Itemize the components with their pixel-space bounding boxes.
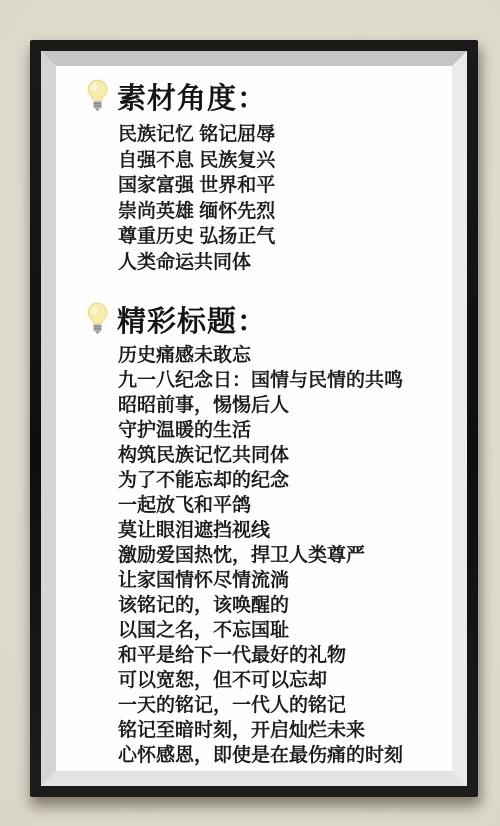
- list-item: 构筑民族记忆共同体: [118, 443, 444, 468]
- list-item: 以国之名，不忘国耻: [118, 618, 444, 643]
- list-item: 人类命运共同体: [118, 250, 444, 276]
- section-title: 精彩标题：: [117, 299, 267, 340]
- list-item: 历史痛感未敢忘: [118, 343, 444, 368]
- list-item: 激励爱国热忱，捍卫人类尊严: [118, 543, 444, 568]
- list-item: 九一八纪念日：国情与民情的共鸣: [118, 368, 444, 393]
- list-item: 崇尚英雄 缅怀先烈: [118, 199, 444, 225]
- section-title: 素材角度：: [117, 76, 267, 117]
- section-header: 精彩标题：: [85, 301, 444, 337]
- list-item: 该铭记的，该唤醒的: [118, 593, 444, 618]
- list-item: 民族记忆 铭记屈辱: [118, 122, 444, 148]
- list-item: 尊重历史 弘扬正气: [118, 224, 444, 250]
- list-item: 一天的铭记，一代人的铭记: [118, 693, 444, 718]
- lightbulb-icon: [85, 79, 110, 113]
- section-great-titles: 精彩标题： 历史痛感未敢忘九一八纪念日：国情与民情的共鸣昭昭前事，惕惕后人守护温…: [85, 301, 444, 768]
- section-lines: 民族记忆 铭记屈辱自强不息 民族复兴国家富强 世界和平崇尚英雄 缅怀先烈尊重历史…: [85, 122, 444, 275]
- section-header: 素材角度：: [85, 78, 444, 114]
- picture-frame: 素材角度： 民族记忆 铭记屈辱自强不息 民族复兴国家富强 世界和平崇尚英雄 缅怀…: [30, 40, 478, 797]
- frame-mat: 素材角度： 民族记忆 铭记屈辱自强不息 民族复兴国家富强 世界和平崇尚英雄 缅怀…: [41, 51, 467, 786]
- wall-background: 素材角度： 民族记忆 铭记屈辱自强不息 民族复兴国家富强 世界和平崇尚英雄 缅怀…: [0, 0, 500, 826]
- list-item: 守护温暖的生活: [118, 418, 444, 443]
- list-item: 让家国情怀尽情流淌: [118, 568, 444, 593]
- list-item: 铭记至暗时刻，开启灿烂未来: [118, 718, 444, 743]
- list-item: 可以宽恕，但不可以忘却: [118, 668, 444, 693]
- list-item: 自强不息 民族复兴: [118, 148, 444, 174]
- poster-paper: 素材角度： 民族记忆 铭记屈辱自强不息 民族复兴国家富强 世界和平崇尚英雄 缅怀…: [56, 66, 452, 771]
- lightbulb-icon: [85, 302, 110, 336]
- list-item: 国家富强 世界和平: [118, 173, 444, 199]
- list-item: 一起放飞和平鸽: [118, 493, 444, 518]
- list-item: 为了不能忘却的纪念: [118, 468, 444, 493]
- list-item: 莫让眼泪遮挡视线: [118, 518, 444, 543]
- section-material-angles: 素材角度： 民族记忆 铭记屈辱自强不息 民族复兴国家富强 世界和平崇尚英雄 缅怀…: [85, 78, 444, 275]
- list-item: 昭昭前事，惕惕后人: [118, 393, 444, 418]
- section-lines: 历史痛感未敢忘九一八纪念日：国情与民情的共鸣昭昭前事，惕惕后人守护温暖的生活构筑…: [85, 343, 444, 768]
- list-item: 心怀感恩，即使是在最伤痛的时刻: [118, 743, 444, 768]
- list-item: 和平是给下一代最好的礼物: [118, 643, 444, 668]
